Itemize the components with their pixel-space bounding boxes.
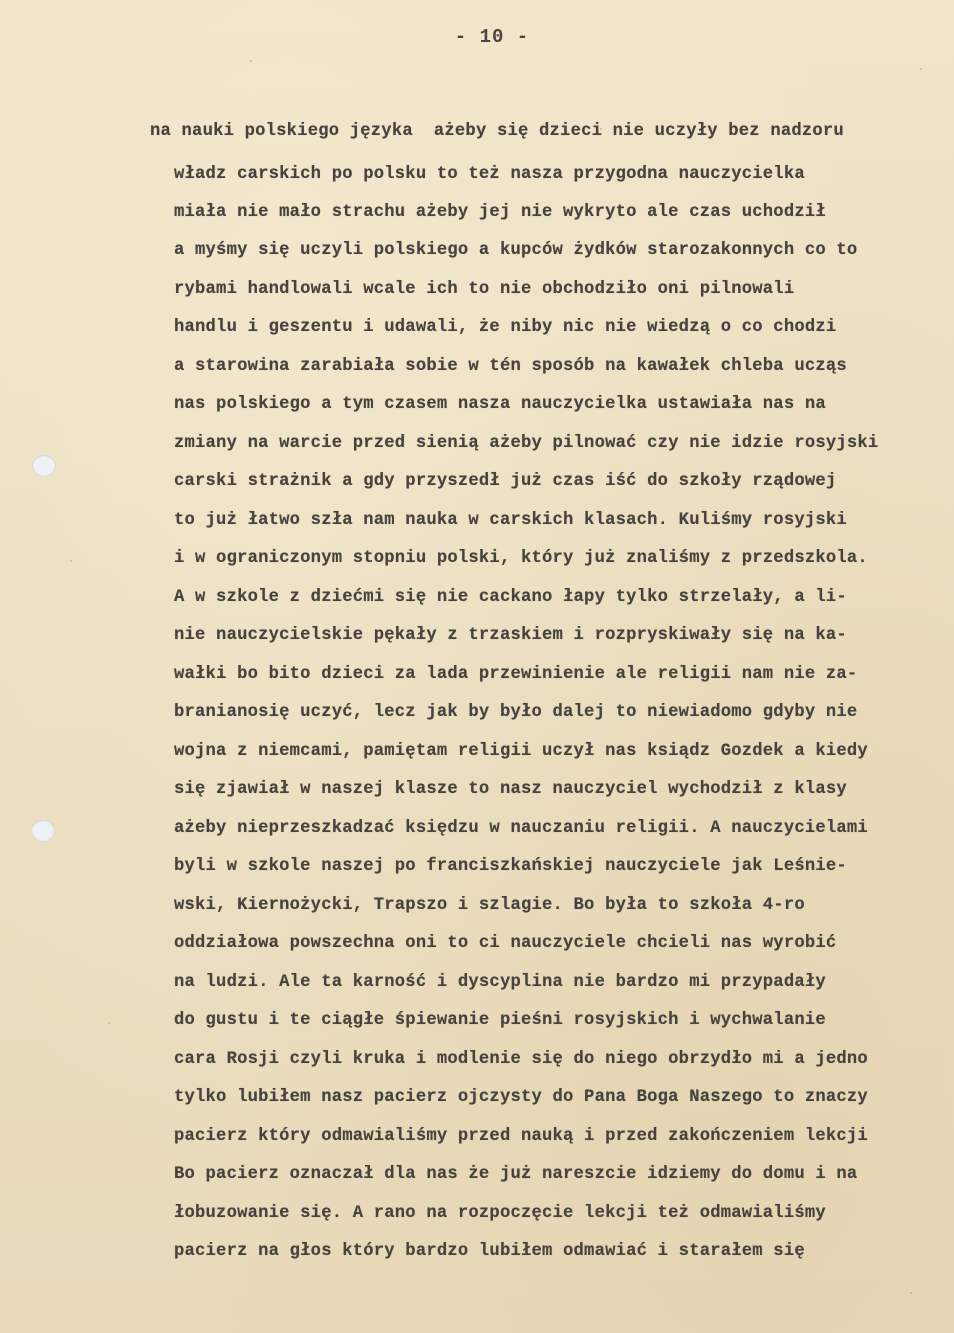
- text-line: Bo pacierz oznaczał dla nas że już nares…: [174, 1165, 857, 1185]
- text-line: i w ograniczonym stopniu polski, który j…: [174, 549, 868, 569]
- text-line: nie nauczycielskie pękały z trzaskiem i …: [174, 626, 847, 646]
- text-line: carski strażnik a gdy przyszedł już czas…: [174, 472, 836, 492]
- paper-speck: [250, 60, 252, 62]
- text-line: tylko lubiłem nasz pacierz ojczysty do P…: [174, 1088, 868, 1108]
- text-line: na ludzi. Ale ta karność i dyscyplina ni…: [174, 973, 826, 993]
- punch-hole-top: [32, 455, 56, 477]
- text-line: pacierz na głos który bardzo lubiłem odm…: [174, 1242, 805, 1262]
- text-line: pacierz który odmawialiśmy przed nauką i…: [174, 1127, 868, 1147]
- text-line: branianosię uczyć, lecz jak by było dale…: [174, 703, 857, 723]
- document-page: - 10 - na nauki polskiego języka ażeby s…: [0, 0, 954, 1333]
- text-line: ażeby nieprzeszkadzać księdzu w nauczani…: [174, 819, 868, 839]
- punch-hole-bottom: [31, 820, 55, 842]
- text-line: to już łatwo szła nam nauka w carskich k…: [174, 511, 847, 531]
- text-line: rybami handlowali wcale ich to nie obcho…: [174, 280, 794, 300]
- paper-speck: [920, 68, 922, 70]
- text-line: władz carskich po polsku to też nasza pr…: [174, 165, 805, 185]
- text-line: się zjawiał w naszej klasze to nasz nauc…: [174, 780, 847, 800]
- text-line: wojna z niemcami, pamiętam religii uczył…: [174, 742, 868, 762]
- text-line: a starowina zarabiała sobie w tén sposób…: [174, 357, 847, 377]
- text-line: wski, Kiernożycki, Trapszo i szlagie. Bo…: [174, 896, 805, 916]
- page-number: - 10 -: [0, 26, 954, 48]
- text-line: zmiany na warcie przed sienią ażeby piln…: [174, 434, 878, 454]
- text-line: handlu i geszentu i udawali, że niby nic…: [174, 318, 836, 338]
- text-line: nas polskiego a tym czasem nasza nauczyc…: [174, 395, 826, 415]
- text-line: miała nie mało strachu ażeby jej nie wyk…: [174, 203, 826, 223]
- text-line: łobuzowanie się. A rano na rozpoczęcie l…: [174, 1204, 826, 1224]
- text-line: do gustu i te ciągłe śpiewanie pieśni ro…: [174, 1011, 826, 1031]
- text-line: na nauki polskiego języka ażeby się dzie…: [150, 122, 844, 142]
- text-line: wałki bo bito dzieci za lada przewinieni…: [174, 665, 857, 685]
- text-line: cara Rosji czyli kruka i modlenie się do…: [174, 1050, 868, 1070]
- paper-speck: [910, 1292, 912, 1294]
- paper-speck: [70, 560, 72, 562]
- text-line: byli w szkole naszej po franciszkańskiej…: [174, 857, 847, 877]
- text-line: a myśmy się uczyli polskiego a kupców ży…: [174, 241, 857, 261]
- paper-speck: [108, 1022, 110, 1024]
- text-line: A w szkole z dziećmi się nie cackano łap…: [174, 588, 847, 608]
- text-line: oddziałowa powszechna oni to ci nauczyci…: [174, 934, 836, 954]
